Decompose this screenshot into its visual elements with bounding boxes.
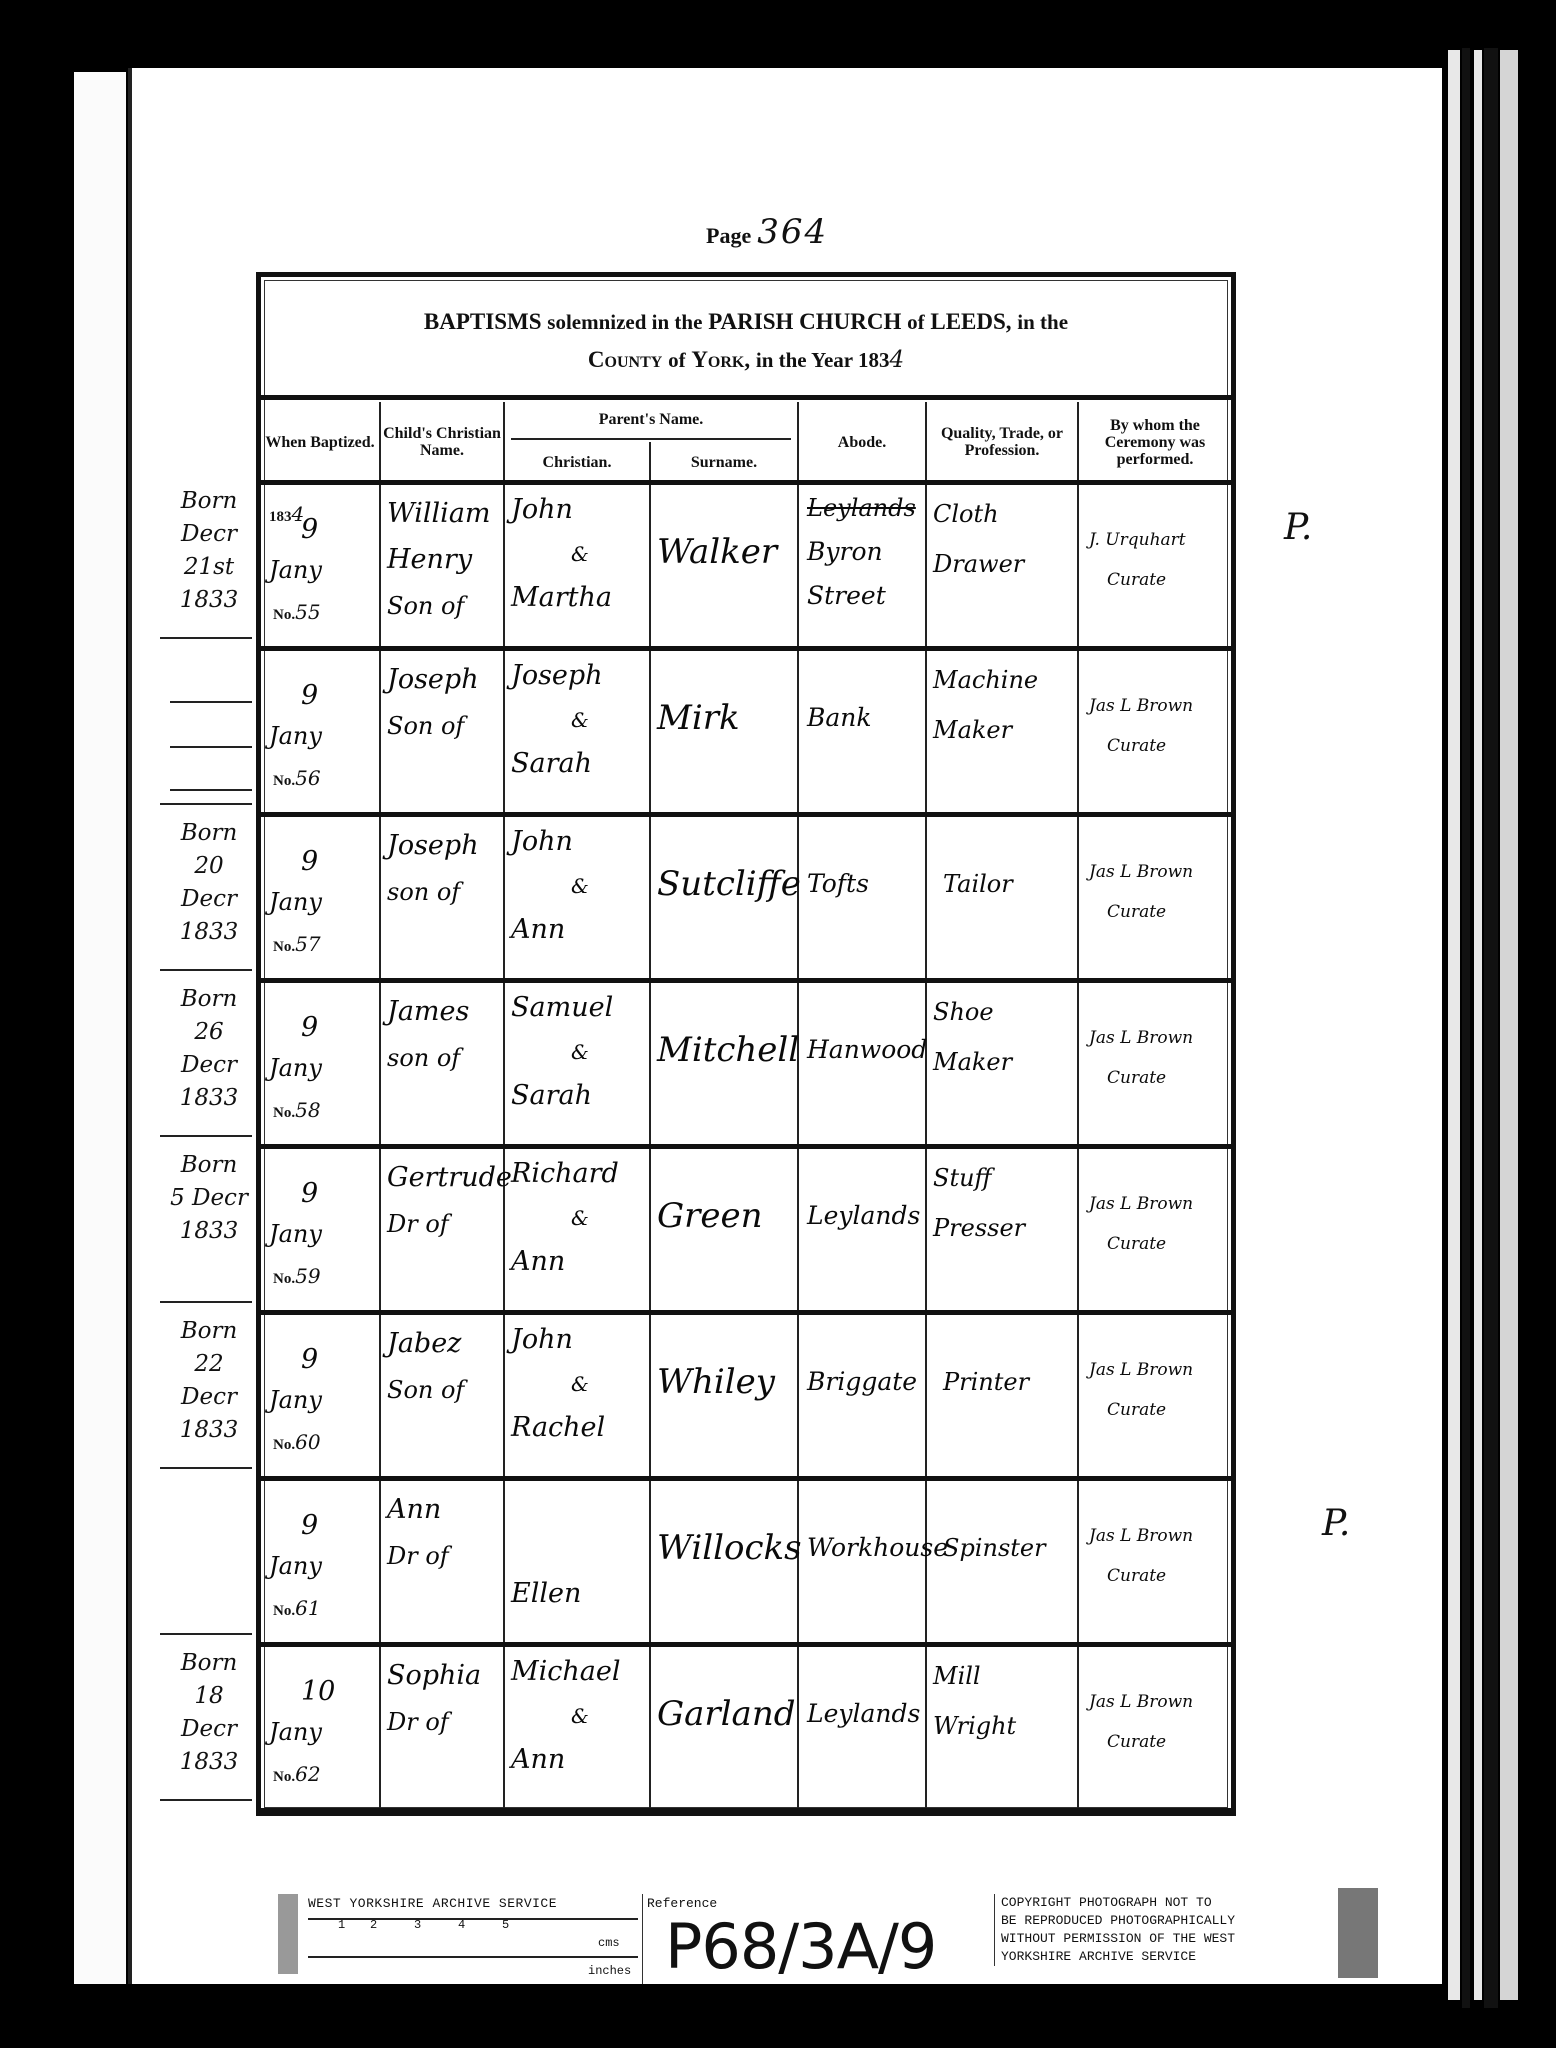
baptism-day: 9 (301, 844, 318, 880)
page-left-margin-strip (74, 72, 126, 1984)
born-date-note: BornDecr 21st1833 (170, 485, 248, 617)
abode: Tofts (807, 866, 869, 902)
baptism-register-table: BAPTISMS solemnized in the PARISH CHURCH… (256, 272, 1236, 1816)
col-parent-surname: Surname. (651, 442, 797, 482)
born-note-line: 1833 (170, 916, 248, 949)
ampersand: & (571, 1366, 589, 1402)
baptism-day: 9 (301, 678, 318, 714)
grey-bar (278, 1894, 298, 1974)
child-name: Dr of (387, 1538, 449, 1574)
title-text: in the (1017, 310, 1068, 334)
abode: Workhouse (807, 1530, 948, 1566)
entry-number: No.58 (273, 1098, 321, 1122)
ruler-tick: 4 (458, 1918, 465, 1932)
inches-label: inches (588, 1964, 631, 1978)
trade: Spinster (943, 1530, 1046, 1566)
title-baptisms: BAPTISMS (424, 309, 542, 334)
trade: Shoe (933, 994, 994, 1030)
row-rule (261, 1144, 1231, 1149)
copyright-line: YORKSHIRE ARCHIVE SERVICE (1001, 1948, 1331, 1966)
column-divider (1077, 402, 1079, 1812)
parent-christian-name: Joseph (511, 658, 603, 694)
trade: Printer (943, 1364, 1029, 1400)
officiant-title: Curate (1107, 900, 1166, 924)
ruler-line (308, 1956, 638, 1958)
abode: Street (807, 578, 886, 614)
ruler-tick: 2 (370, 1918, 377, 1932)
margin-rule (160, 1135, 252, 1137)
abode: Leylands (807, 1198, 920, 1234)
side-mark: P. (1322, 1503, 1350, 1544)
register-title: BAPTISMS solemnized in the PARISH CHURCH… (261, 303, 1231, 379)
child-name: James (387, 994, 469, 1030)
title-text: of (907, 310, 925, 334)
parent-surname: Sutcliffe (657, 866, 801, 902)
born-note-line: Born (170, 1315, 248, 1348)
parent-surname: Garland (657, 1696, 796, 1732)
margin-rule (170, 789, 252, 791)
no-label: No. (273, 1105, 295, 1121)
no-label: No. (273, 773, 295, 789)
ampersand: & (571, 1200, 589, 1236)
born-note-line: 22 Decr (170, 1348, 248, 1414)
parent-christian-name: Samuel (511, 990, 613, 1026)
title-leeds: LEEDS, (930, 309, 1011, 334)
officiant-title: Curate (1107, 1066, 1166, 1090)
abode: Hanwood (807, 1032, 927, 1068)
officiant-title: Curate (1107, 568, 1166, 592)
child-name: Jabez (387, 1326, 461, 1362)
entry-number: No.61 (273, 1596, 321, 1620)
born-note-line: 1833 (170, 1082, 248, 1115)
abode: Briggate (807, 1364, 917, 1400)
col-parent-christian: Christian. (505, 442, 649, 482)
year-printed: 183 (269, 509, 292, 525)
row-rule (261, 1642, 1231, 1647)
page-label: Page (706, 223, 751, 248)
born-note-line: 5 Decr (170, 1182, 248, 1215)
title-york: York, (691, 347, 750, 372)
col-when-baptized: When Baptized. (261, 402, 379, 482)
row-rule (261, 1310, 1231, 1315)
trade: Cloth (933, 496, 999, 532)
ruler-tick: 3 (414, 1918, 421, 1932)
born-date-note: Born18 Decr1833 (170, 1647, 248, 1779)
title-text: of (668, 348, 686, 372)
side-mark: P. (1284, 507, 1312, 548)
born-note-line: Born (170, 485, 248, 518)
baptism-month: Jany (269, 1050, 322, 1086)
copyright-line: WITHOUT PERMISSION OF THE WEST (1001, 1930, 1331, 1948)
row-rule (261, 646, 1231, 651)
baptism-day: 9 (301, 1176, 318, 1212)
trade: Presser (933, 1210, 1025, 1246)
parent-christian-name: Ellen (511, 1576, 581, 1612)
book-edge (1474, 50, 1482, 2000)
book-edge (1484, 48, 1498, 2008)
no-label: No. (273, 1437, 295, 1453)
parent-christian-name: Sarah (511, 1078, 592, 1114)
col-child-name: Child's Christian Name. (381, 402, 503, 482)
ruler-tick: 1 (338, 1918, 345, 1932)
baptism-day: 9 (301, 1342, 318, 1378)
child-name: William (387, 496, 491, 532)
trade: Drawer (933, 546, 1024, 582)
born-date-note: Born22 Decr1833 (170, 1315, 248, 1447)
title-text: solemnized in the (547, 310, 702, 334)
officiant-name: Jas L Brown (1089, 860, 1193, 884)
abode: Byron (807, 534, 883, 570)
entry-number-value: 59 (295, 1264, 320, 1288)
child-name: son of (387, 1040, 460, 1076)
officiant-title: Curate (1107, 1398, 1166, 1422)
header-top-rule (261, 395, 1231, 400)
column-divider (503, 402, 505, 1812)
grey-shadow (1338, 1888, 1378, 1978)
abode: Bank (807, 700, 872, 736)
born-note-line: 18 Decr (170, 1680, 248, 1746)
book-edge (1448, 50, 1460, 2000)
trade: Tailor (943, 866, 1013, 902)
row-rule (261, 812, 1231, 817)
parent-christian-name: Martha (511, 580, 612, 616)
child-name: Henry (387, 542, 472, 578)
born-date-note: Born20 Decr1833 (170, 817, 248, 949)
reference-label: Reference (647, 1896, 717, 1911)
officiant-name: Jas L Brown (1089, 1358, 1193, 1382)
born-note-line: 1833 (170, 1414, 248, 1447)
child-name: Joseph (387, 828, 479, 864)
abode: Leylands (807, 1696, 920, 1732)
baptism-day: 9 (301, 1010, 318, 1046)
trade: Wright (933, 1708, 1016, 1744)
entry-number: No.57 (273, 932, 321, 956)
entry-number: No.55 (273, 600, 321, 624)
born-note-line: Born (170, 817, 248, 850)
row-rule (261, 1808, 1231, 1813)
ampersand: & (571, 1034, 589, 1070)
born-note-line: 1833 (170, 1746, 248, 1779)
born-note-line: Born (170, 1647, 248, 1680)
officiant-title: Curate (1107, 1730, 1166, 1754)
entry-number-value: 61 (295, 1596, 320, 1620)
parent-christian-name: John (511, 1322, 573, 1358)
title-parish-church: PARISH CHURCH (708, 309, 901, 334)
entry-number-value: 57 (295, 932, 320, 956)
margin-rule (160, 969, 252, 971)
copyright-line: COPYRIGHT PHOTOGRAPH NOT TO (1001, 1894, 1331, 1912)
baptism-month: Jany (269, 552, 322, 588)
child-name: Son of (387, 588, 464, 624)
title-year-hand-digit: 4 (889, 347, 904, 373)
ruler-line (308, 1918, 638, 1920)
baptism-month: Jany (269, 718, 322, 754)
margin-rule (160, 1301, 252, 1303)
officiant-name: Jas L Brown (1089, 1524, 1193, 1548)
page-number-value: 364 (757, 212, 828, 252)
title-line-2: County of York, in the Year 1834 (261, 341, 1231, 379)
parent-christian-name: Ann (511, 912, 565, 948)
parent-christian-name: Ann (511, 1742, 565, 1778)
col-parents-name: Parent's Name. (505, 402, 797, 436)
margin-rule (160, 803, 252, 805)
child-name: Ann (387, 1492, 441, 1528)
entry-number: No.56 (273, 766, 321, 790)
officiant-name: J. Urquhart (1089, 528, 1186, 552)
baptism-month: Jany (269, 1714, 322, 1750)
parent-christian-name: John (511, 492, 573, 528)
ampersand: & (571, 868, 589, 904)
born-note-line: 20 Decr (170, 850, 248, 916)
baptism-month: Jany (269, 1548, 322, 1584)
column-divider (797, 402, 799, 1812)
trade: Maker (933, 712, 1012, 748)
child-name: Sophia (387, 1658, 481, 1694)
archive-name: WEST YORKSHIRE ARCHIVE SERVICE (308, 1896, 557, 1911)
archive-reference-strip: WEST YORKSHIRE ARCHIVE SERVICE 1 2 3 4 5… (278, 1888, 1328, 1984)
parent-surname: Willocks (657, 1530, 802, 1566)
parents-subheader-rule (511, 438, 791, 440)
parent-christian-name: Sarah (511, 746, 592, 782)
book-edge (1500, 50, 1518, 2000)
trade: Stuff (933, 1160, 992, 1196)
entry-number-value: 60 (295, 1430, 320, 1454)
ampersand: & (571, 536, 589, 572)
parent-christian-name: Michael (511, 1654, 621, 1690)
officiant-title: Curate (1107, 1564, 1166, 1588)
child-name: Son of (387, 1372, 464, 1408)
row-rule (261, 1476, 1231, 1481)
entry-number-value: 58 (295, 1098, 320, 1122)
entry-number: No.62 (273, 1762, 321, 1786)
title-county: County (588, 347, 662, 372)
child-name: Dr of (387, 1206, 449, 1242)
parent-surname: Mitchell (657, 1032, 799, 1068)
col-officiant: By whom the Ceremony was performed. (1079, 402, 1231, 482)
copyright-line: BE REPRODUCED PHOTOGRAPHICALLY (1001, 1912, 1331, 1930)
born-note-line: Born (170, 983, 248, 1016)
ampersand: & (571, 1698, 589, 1734)
column-divider (379, 402, 381, 1812)
book-edge (1462, 48, 1470, 2008)
column-header-row: When Baptized. Child's Christian Name. P… (261, 402, 1231, 482)
child-name: Gertrude (387, 1160, 512, 1196)
row-rule (261, 978, 1231, 983)
entry-number: No.59 (273, 1264, 321, 1288)
margin-rule (170, 746, 252, 748)
no-label: No. (273, 939, 295, 955)
reference-code: P68/3A/9 (665, 1912, 936, 1982)
parent-surname: Walker (657, 534, 777, 570)
margin-rule (160, 1633, 252, 1635)
copyright-notice: COPYRIGHT PHOTOGRAPH NOT TO BE REPRODUCE… (994, 1894, 1331, 1966)
trade: Machine (933, 662, 1038, 698)
col-trade: Quality, Trade, or Profession. (927, 402, 1077, 482)
parent-christian-name: Ann (511, 1244, 565, 1280)
parent-surname: Green (657, 1198, 763, 1234)
born-note-line: Born (170, 1149, 248, 1182)
no-label: No. (273, 1603, 295, 1619)
margin-rule (160, 1467, 252, 1469)
officiant-name: Jas L Brown (1089, 1690, 1193, 1714)
entry-number-value: 56 (295, 766, 320, 790)
baptism-month: Jany (269, 1216, 322, 1252)
baptism-month: Jany (269, 1382, 322, 1418)
row-rule (261, 480, 1231, 485)
parent-surname: Whiley (657, 1364, 775, 1400)
ampersand: & (571, 702, 589, 738)
no-label: No. (273, 607, 295, 623)
margin-rule (160, 1799, 252, 1801)
parent-christian-name: John (511, 824, 573, 860)
born-note-line: 1833 (170, 584, 248, 617)
child-name: son of (387, 874, 460, 910)
trade: Mill (933, 1658, 981, 1694)
margin-rule (170, 701, 252, 703)
ruler-tick: 5 (502, 1918, 509, 1932)
child-name: Dr of (387, 1704, 449, 1740)
officiant-title: Curate (1107, 734, 1166, 758)
column-divider (925, 402, 927, 1812)
no-label: No. (273, 1271, 295, 1287)
child-name: Son of (387, 708, 464, 744)
cms-label: cms (598, 1936, 620, 1950)
title-line-1: BAPTISMS solemnized in the PARISH CHURCH… (261, 303, 1231, 341)
abode-struck: Leylands (807, 490, 916, 526)
entry-number: No.60 (273, 1430, 321, 1454)
margin-rule (160, 637, 252, 639)
parent-surname: Mirk (657, 700, 740, 736)
col-abode: Abode. (799, 402, 925, 482)
born-note-line: 1833 (170, 1215, 248, 1248)
born-date-note: Born5 Decr1833 (170, 1149, 248, 1248)
page-number: Page364 (706, 212, 828, 252)
born-note-line: Decr 21st (170, 518, 248, 584)
child-name: Joseph (387, 662, 479, 698)
baptism-day: 9 (301, 512, 318, 548)
printed-year: 1834 (269, 502, 304, 526)
officiant-name: Jas L Brown (1089, 1192, 1193, 1216)
officiant-name: Jas L Brown (1089, 694, 1193, 718)
reference-box: Reference P68/3A/9 (642, 1894, 993, 1984)
title-year: in the Year 183 (756, 348, 890, 372)
baptism-day: 10 (301, 1674, 335, 1710)
baptism-day: 9 (301, 1508, 318, 1544)
parent-christian-name: Richard (511, 1156, 619, 1192)
officiant-name: Jas L Brown (1089, 1026, 1193, 1050)
born-note-line: 26 Decr (170, 1016, 248, 1082)
no-label: No. (273, 1769, 295, 1785)
trade: Maker (933, 1044, 1012, 1080)
baptism-month: Jany (269, 884, 322, 920)
measurement-ruler: WEST YORKSHIRE ARCHIVE SERVICE 1 2 3 4 5… (308, 1896, 668, 1984)
entry-number-value: 55 (295, 600, 320, 624)
entry-number-value: 62 (295, 1762, 320, 1786)
officiant-title: Curate (1107, 1232, 1166, 1256)
born-date-note: Born26 Decr1833 (170, 983, 248, 1115)
parent-christian-name: Rachel (511, 1410, 605, 1446)
